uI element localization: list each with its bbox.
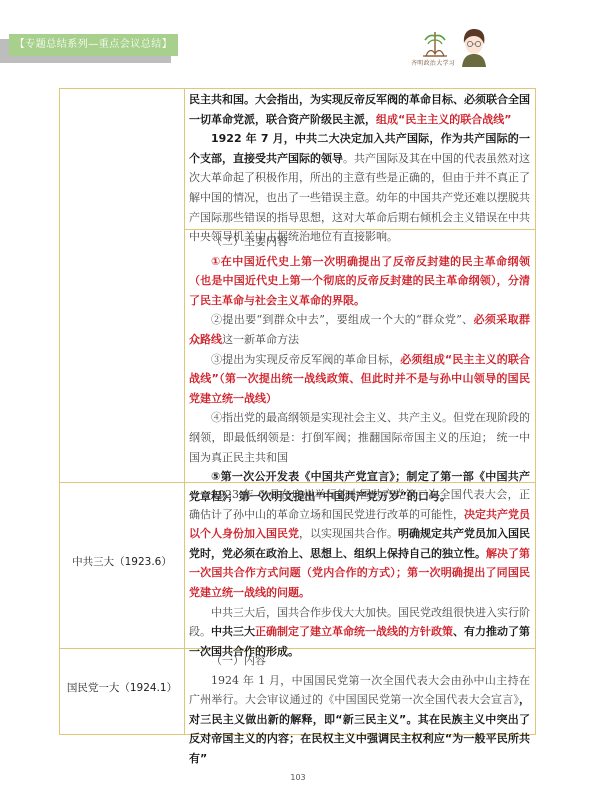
cell-paragraph: （二）主要内容 (189, 232, 530, 252)
text-segment: 中共三大 (211, 625, 255, 638)
row-label-ccp-third-congress: 中共三大（1923.6） (60, 554, 184, 569)
avatar-illustration-icon (460, 27, 488, 67)
table-row-cell: （一）内容1924 年 1 月，中国国民党第一次全国代表大会由孙中山主持在广州举… (189, 651, 530, 769)
text-segment: （二）主要内容 (211, 235, 288, 248)
cell-paragraph: 1923 年 6 月在广州举行的中国共产党第三次全国代表大会，正确估计了孙中山的… (189, 485, 530, 603)
cell-paragraph: （一）内容 (189, 651, 530, 671)
row-label-kmt-first-congress: 国民党一大（1924.1） (60, 680, 184, 695)
page-number: 103 (0, 773, 596, 782)
text-segment: ③提出为实现反帝反军阀的革命目标， (211, 353, 400, 366)
table-row-cell: 1923 年 6 月在广州举行的中国共产党第三次全国代表大会，正确估计了孙中山的… (189, 485, 530, 661)
cell-paragraph: ③提出为实现反帝反军阀的革命目标，必须组成“民主主义的联合战线”（第一次提出统一… (189, 350, 530, 409)
text-segment: ，以实现国共合作。 (299, 527, 398, 540)
cell-paragraph: ④指出党的最高纲领是实现社会主义、共产主义。但党在现阶段的纲领，即最低纲领是：打… (189, 408, 530, 467)
series-banner: 【专题总结系列—重点会议总结】 (9, 34, 178, 56)
cell-paragraph: 民主共和国。大会指出，为实现反帝反军阀的革命目标、必须联合全国一切革命党派，联合… (189, 90, 530, 129)
highlighted-text: 组成“民主主义的联合战线” (376, 113, 511, 126)
table-row-cell: （二）主要内容①在中国近代史上第一次明确提出了反帝反封建的民主革命纲领（也是中国… (189, 232, 530, 506)
logo-text: 齐明政治大学习 (411, 58, 455, 67)
cell-paragraph: ②提出要“到群众中去”，要组成一个大的“群众党”、必须采取群众路线这一新革命方法 (189, 310, 530, 349)
text-segment: ②提出要“到群众中去”，要组成一个大的“群众党”、 (211, 313, 474, 326)
table-row-cell: 民主共和国。大会指出，为实现反帝反军阀的革命目标、必须联合全国一切革命党派，联合… (189, 90, 530, 247)
text-segment: ④指出党的最高纲领是实现社会主义、共产主义。但党在现阶段的纲领，即最低纲领是：打… (189, 411, 530, 463)
column-divider (184, 89, 185, 734)
cell-paragraph: 1922 年 7 月，中共二大决定加入共产国际，作为共产国际的一个支部，直接受共… (189, 129, 530, 247)
cell-paragraph: 1924 年 1 月，中国国民党第一次全国代表大会由孙中山主持在广州举行。大会审… (189, 671, 530, 769)
meeting-summary-table: 民主共和国。大会指出，为实现反帝反军阀的革命目标、必须联合全国一切革命党派，联合… (59, 88, 536, 735)
text-segment: 。共产国际及其在中国的代表虽然对这次大革命起了积极作用，所出的主意有些是正确的，… (189, 152, 530, 243)
text-segment: （一）内容 (211, 654, 266, 667)
highlighted-text: ①在中国近代史上第一次明确提出了反帝反封建的民主革命纲领（也是中国近代史上第一个… (189, 255, 530, 307)
text-segment: 这一新革命方法 (222, 333, 299, 346)
highlighted-text: 正确制定了建立革命统一战线的方针政策 (255, 625, 453, 638)
text-segment: 1924 年 1 月，中国国民党第一次全国代表大会由孙中山主持在广州举行。大会审… (189, 674, 530, 707)
cell-paragraph: ①在中国近代史上第一次明确提出了反帝反封建的民主革命纲领（也是中国近代史上第一个… (189, 252, 530, 311)
